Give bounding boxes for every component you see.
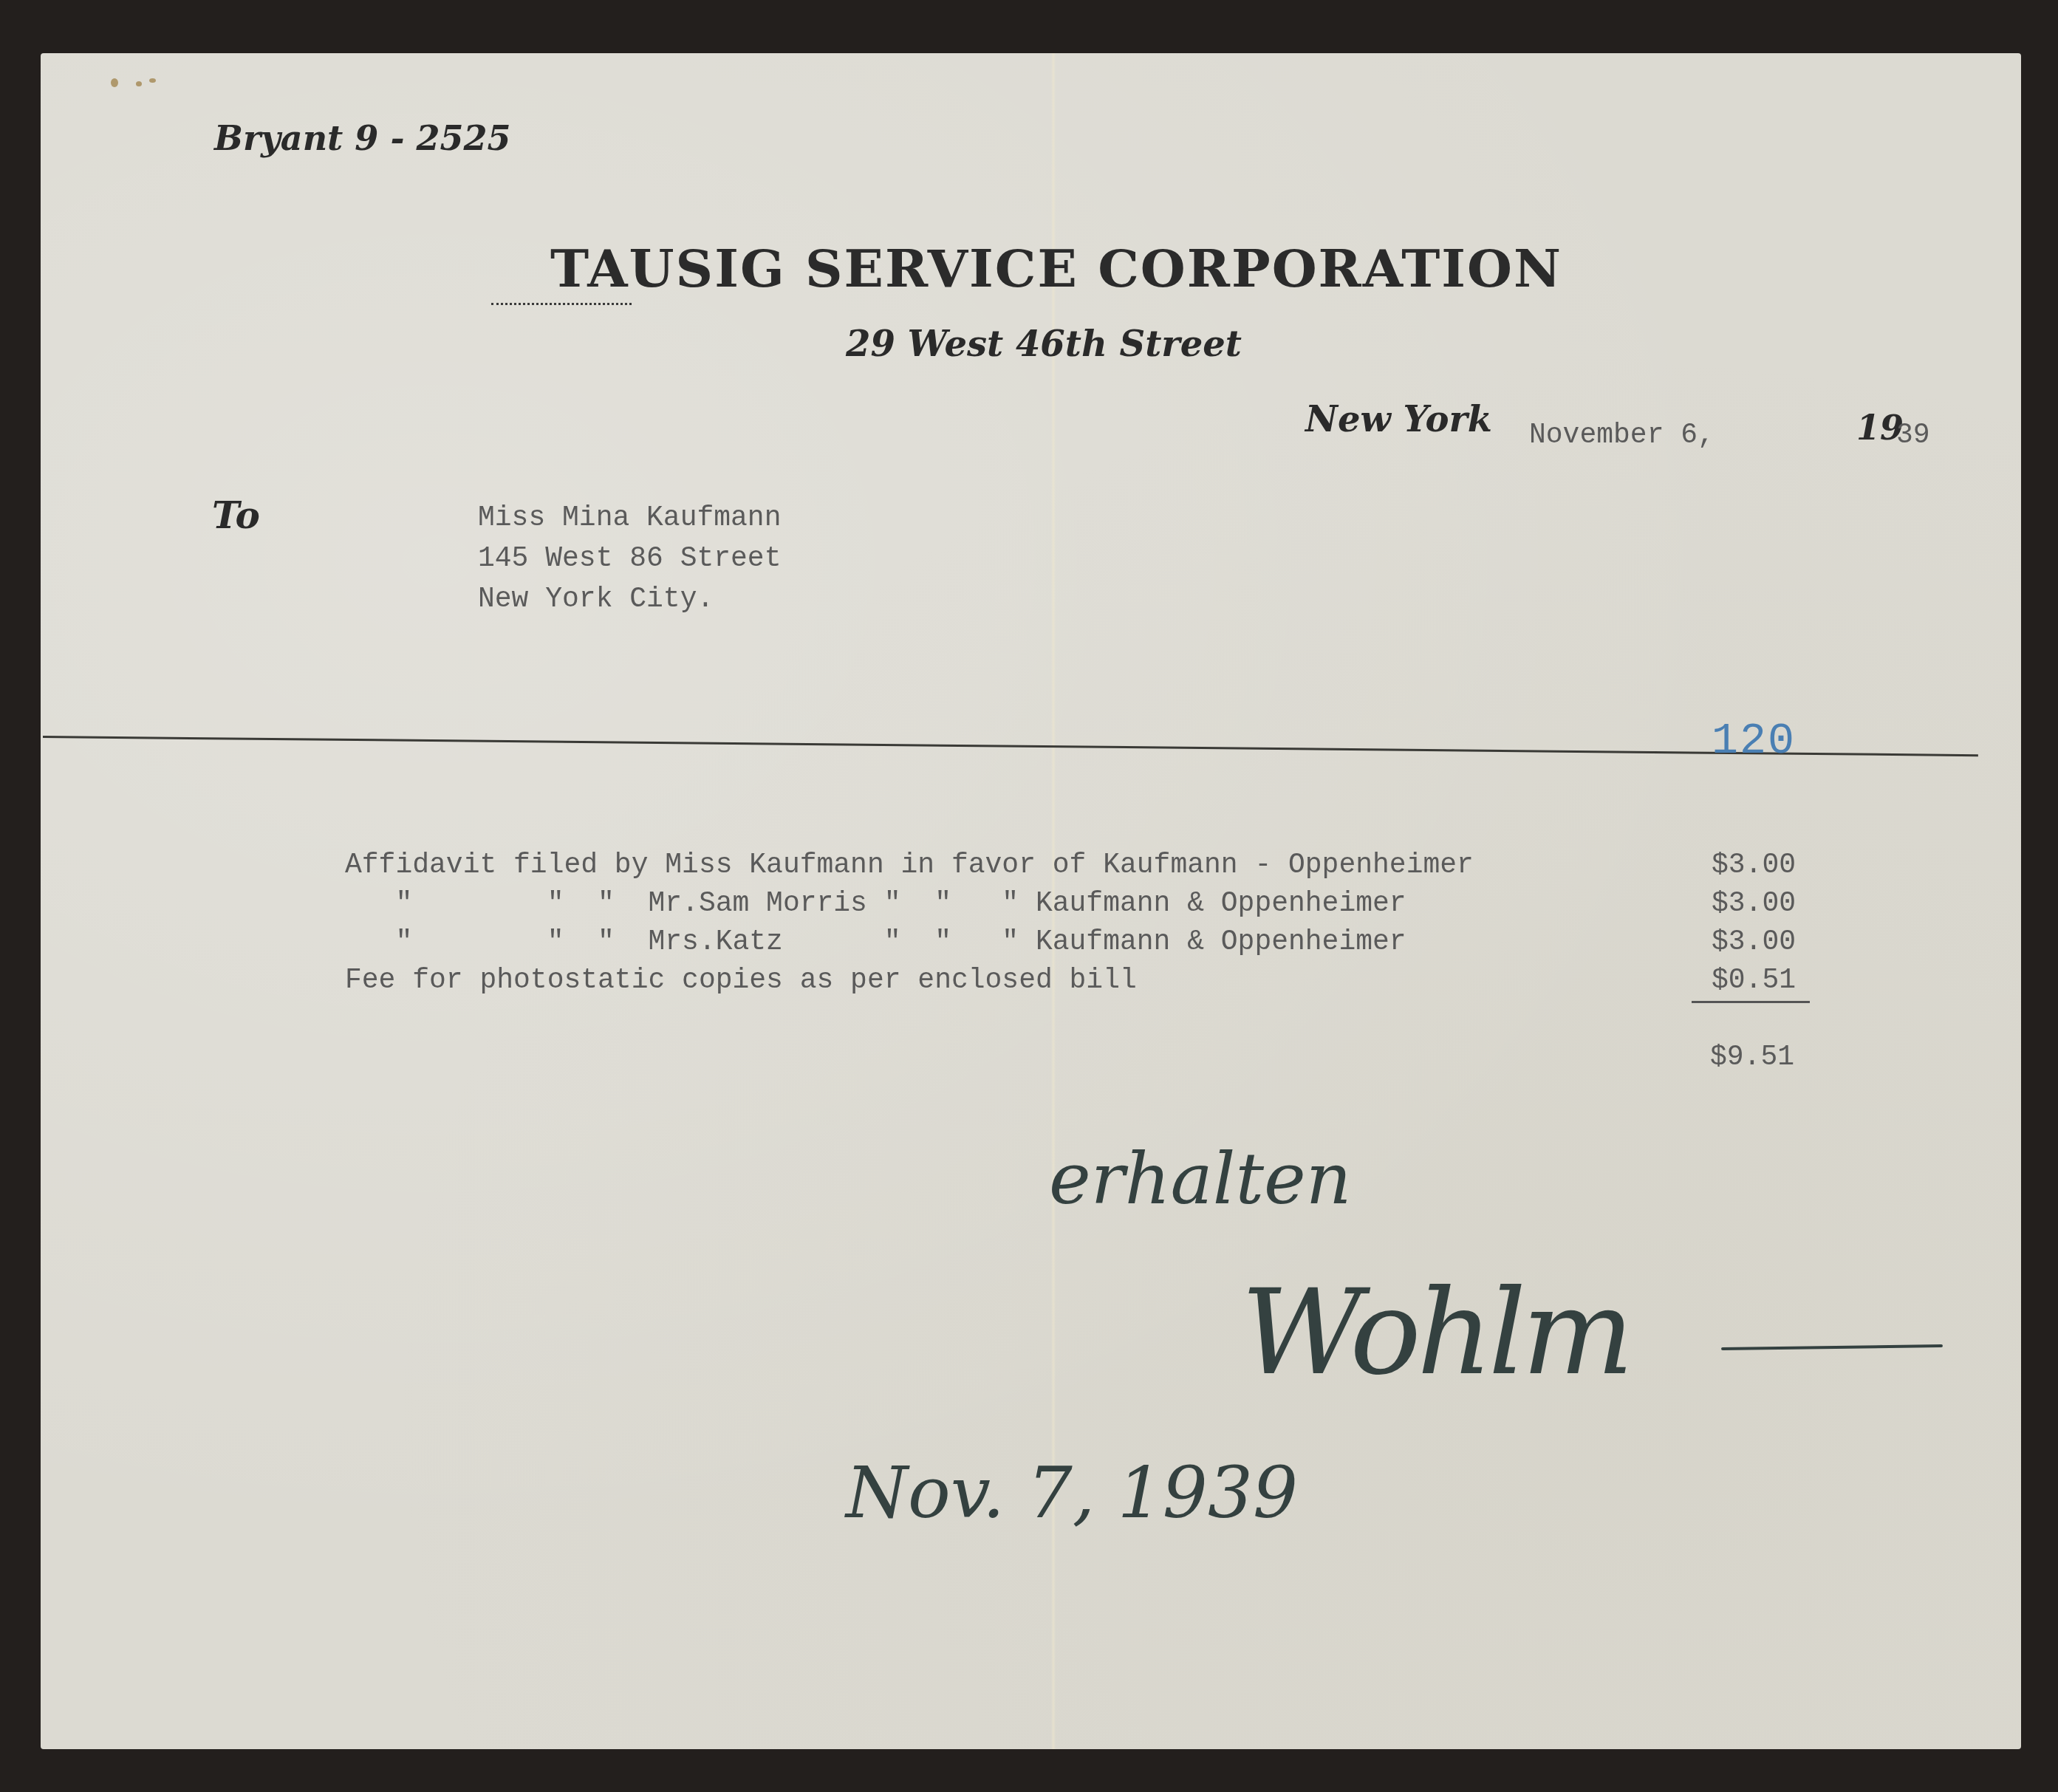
- company-street-address: 29 West 46th Street: [846, 324, 1242, 365]
- line-item: Affidavit filed by Miss Kaufmann in favo…: [345, 849, 1852, 888]
- line-item: Fee for photostatic copies as per enclos…: [345, 965, 1852, 1003]
- line-item-description: Fee for photostatic copies as per enclos…: [345, 965, 1137, 996]
- letterhead-city: New York: [1305, 399, 1492, 440]
- company-name: TAUSIG SERVICE CORPORATION: [550, 238, 1562, 299]
- reference-number-stamp: 120: [1712, 717, 1796, 767]
- line-item-description: Affidavit filed by Miss Kaufmann in favo…: [345, 849, 1474, 881]
- recipient-street: 145 West 86 Street: [478, 543, 781, 575]
- recipient-name: Miss Mina Kaufmann: [478, 502, 781, 534]
- handwritten-signature: Wohlm: [1241, 1263, 1630, 1401]
- subtotal-underline: [1692, 1001, 1810, 1003]
- line-item-amount: $3.00: [1712, 888, 1796, 920]
- line-item-description: " " " Mrs.Katz " " " Kaufmann & Oppenhei…: [345, 926, 1406, 958]
- line-item: " " " Mrs.Katz " " " Kaufmann & Oppenhei…: [345, 926, 1852, 965]
- line-item-amount: $0.51: [1712, 965, 1796, 996]
- letterhead-phone-number: Bryant 9 - 2525: [214, 118, 511, 158]
- invoice-total: $9.51: [1710, 1042, 1794, 1073]
- line-item-amount: $3.00: [1712, 926, 1796, 958]
- invoice-date-typed: November 6,: [1529, 420, 1715, 451]
- line-items-list: Affidavit filed by Miss Kaufmann in favo…: [345, 849, 1852, 1003]
- line-item-amount: $3.00: [1712, 849, 1796, 881]
- handwritten-date: Nov. 7, 1939: [846, 1451, 1298, 1534]
- invoice-year-typed: 39: [1896, 420, 1930, 451]
- recipient-city: New York City.: [478, 584, 714, 615]
- line-item: " " " Mr.Sam Morris " " " Kaufmann & Opp…: [345, 888, 1852, 926]
- letterhead-ornament-rule: [491, 303, 632, 307]
- line-item-description: " " " Mr.Sam Morris " " " Kaufmann & Opp…: [345, 888, 1406, 920]
- recipient-label: To: [212, 493, 260, 537]
- handwritten-received-note: erhalten: [1049, 1138, 1352, 1220]
